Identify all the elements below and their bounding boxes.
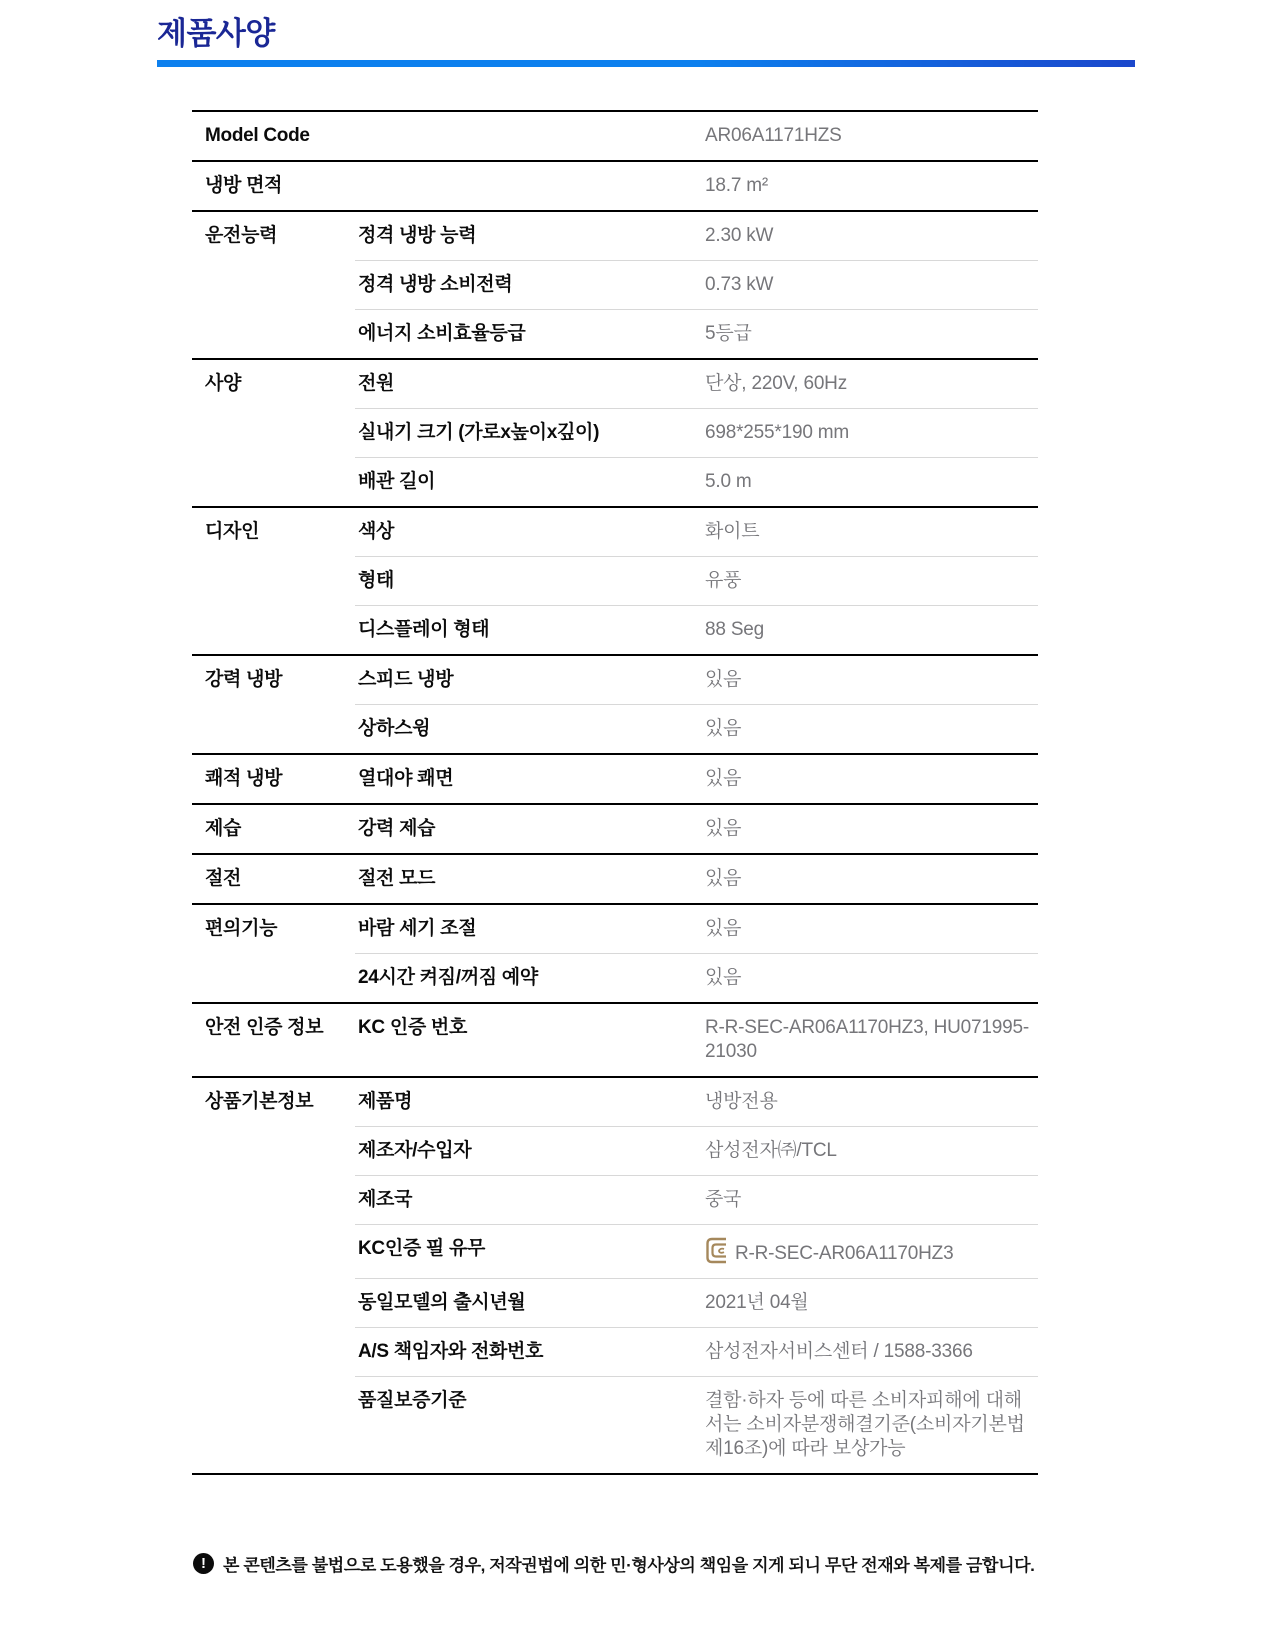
row-body: 절전 모드있음 (355, 855, 1038, 903)
item-value: 단상, 220V, 60Hz (705, 360, 1038, 408)
row-body: 동일모델의 출시년월2021년 04월 (355, 1278, 1038, 1327)
item-value: 698*255*190 mm (705, 409, 1038, 457)
item-label: 스피드 냉방 (355, 656, 705, 704)
group-label (192, 953, 355, 1002)
exclamation-circle-icon: ! (193, 1553, 214, 1574)
table-row: 절전절전 모드있음 (192, 855, 1038, 903)
table-row: 냉방 면적18.7 m² (192, 162, 1038, 210)
item-label: 바람 세기 조절 (355, 905, 705, 953)
item-label (355, 112, 705, 160)
row-body: 정격 냉방 소비전력0.73 kW (355, 260, 1038, 309)
item-value: 있음 (705, 954, 1038, 1002)
spec-section: 제습강력 제습있음 (192, 803, 1038, 853)
group-label (192, 1327, 355, 1376)
item-label: 절전 모드 (355, 855, 705, 903)
spec-section: Model CodeAR06A1171HZS (192, 110, 1038, 160)
item-label: 제조자/수입자 (355, 1127, 705, 1175)
page-title: 제품사양 (157, 8, 1135, 53)
kc-mark-icon (705, 1237, 728, 1264)
row-body: 강력 제습있음 (355, 805, 1038, 853)
item-label (355, 162, 705, 210)
item-label: A/S 책임자와 전화번호 (355, 1328, 705, 1376)
group-label (192, 1224, 355, 1278)
group-label (192, 408, 355, 457)
row-body: 18.7 m² (355, 162, 1038, 210)
row-body: KC인증 필 유무R-R-SEC-AR06A1170HZ3 (355, 1224, 1038, 1278)
table-row: 편의기능바람 세기 조절있음 (192, 905, 1038, 953)
table-row: 운전능력정격 냉방 능력2.30 kW (192, 212, 1038, 260)
row-body: 정격 냉방 능력2.30 kW (355, 212, 1038, 260)
item-label: 열대야 쾌면 (355, 755, 705, 803)
item-value: 있음 (705, 656, 1038, 704)
group-label (192, 1126, 355, 1175)
product-spec-page: 제품사양 Model CodeAR06A1171HZS냉방 면적18.7 m²운… (0, 0, 1270, 1643)
spec-section: 쾌적 냉방열대야 쾌면있음 (192, 753, 1038, 803)
spec-section: 운전능력정격 냉방 능력2.30 kW정격 냉방 소비전력0.73 kW에너지 … (192, 210, 1038, 358)
item-value: R-R-SEC-AR06A1170HZ3, HU071995-21030 (705, 1004, 1038, 1076)
row-body: 스피드 냉방있음 (355, 656, 1038, 704)
row-body: KC 인증 번호R-R-SEC-AR06A1170HZ3, HU071995-2… (355, 1004, 1038, 1076)
table-row: 형태유풍 (192, 556, 1038, 605)
table-row: 제조자/수입자삼성전자㈜/TCL (192, 1126, 1038, 1175)
row-body: 색상화이트 (355, 508, 1038, 556)
item-label: 제품명 (355, 1078, 705, 1126)
spec-section: 냉방 면적18.7 m² (192, 160, 1038, 210)
item-value: 있음 (705, 705, 1038, 753)
table-row: 디자인색상화이트 (192, 508, 1038, 556)
copyright-footer: ! 본 콘텐츠를 불법으로 도용했을 경우, 저작권법에 의한 민·형사상의 책… (193, 1551, 1093, 1576)
copyright-notice: 본 콘텐츠를 불법으로 도용했을 경우, 저작권법에 의한 민·형사상의 책임을… (223, 1551, 1034, 1576)
item-label: 동일모델의 출시년월 (355, 1279, 705, 1327)
row-body: 열대야 쾌면있음 (355, 755, 1038, 803)
table-row: 상품기본정보제품명냉방전용 (192, 1078, 1038, 1126)
group-label (192, 704, 355, 753)
group-label: 안전 인증 정보 (192, 1004, 355, 1076)
item-value: 결함·하자 등에 따른 소비자피해에 대해서는 소비자분쟁해결기준(소비자기본법… (705, 1377, 1038, 1473)
spec-section: 상품기본정보제품명냉방전용제조자/수입자삼성전자㈜/TCL제조국중국KC인증 필… (192, 1076, 1038, 1475)
group-label (192, 457, 355, 506)
item-value: 있음 (705, 755, 1038, 803)
title-underline (157, 60, 1135, 67)
table-row: 강력 냉방스피드 냉방있음 (192, 656, 1038, 704)
group-label: 편의기능 (192, 905, 355, 953)
row-body: 상하스윙있음 (355, 704, 1038, 753)
spec-section: 안전 인증 정보KC 인증 번호R-R-SEC-AR06A1170HZ3, HU… (192, 1002, 1038, 1076)
item-label: 정격 냉방 소비전력 (355, 261, 705, 309)
item-value: 있음 (705, 855, 1038, 903)
group-label (192, 1278, 355, 1327)
group-label (192, 309, 355, 358)
table-row: 에너지 소비효율등급5등급 (192, 309, 1038, 358)
group-label: 절전 (192, 855, 355, 903)
item-value: 유풍 (705, 557, 1038, 605)
table-row: KC인증 필 유무R-R-SEC-AR06A1170HZ3 (192, 1224, 1038, 1278)
row-body: 에너지 소비효율등급5등급 (355, 309, 1038, 358)
item-value: 삼성전자㈜/TCL (705, 1127, 1038, 1175)
table-row: A/S 책임자와 전화번호삼성전자서비스센터 / 1588-3366 (192, 1327, 1038, 1376)
item-label: 전원 (355, 360, 705, 408)
row-body: 실내기 크기 (가로x높이x깊이)698*255*190 mm (355, 408, 1038, 457)
item-value: 있음 (705, 805, 1038, 853)
row-body: 품질보증기준결함·하자 등에 따른 소비자피해에 대해서는 소비자분쟁해결기준(… (355, 1376, 1038, 1473)
table-row: Model CodeAR06A1171HZS (192, 112, 1038, 160)
item-value: 있음 (705, 905, 1038, 953)
row-body: 배관 길이5.0 m (355, 457, 1038, 506)
item-value: 0.73 kW (705, 261, 1038, 309)
row-body: 제조국중국 (355, 1175, 1038, 1224)
item-value: 5등급 (705, 310, 1038, 358)
item-label: 정격 냉방 능력 (355, 212, 705, 260)
item-value: 화이트 (705, 508, 1038, 556)
group-label (192, 605, 355, 654)
row-body: 제품명냉방전용 (355, 1078, 1038, 1126)
group-label (192, 1175, 355, 1224)
group-label: 운전능력 (192, 212, 355, 260)
item-value: 88 Seg (705, 606, 1038, 654)
item-label: 배관 길이 (355, 458, 705, 506)
table-row: 제습강력 제습있음 (192, 805, 1038, 853)
spec-section: 사양전원단상, 220V, 60Hz실내기 크기 (가로x높이x깊이)698*2… (192, 358, 1038, 506)
row-body: 디스플레이 형태88 Seg (355, 605, 1038, 654)
spec-section: 편의기능바람 세기 조절있음24시간 켜짐/꺼짐 예약있음 (192, 903, 1038, 1002)
table-row: 품질보증기준결함·하자 등에 따른 소비자피해에 대해서는 소비자분쟁해결기준(… (192, 1376, 1038, 1473)
item-value: 2.30 kW (705, 212, 1038, 260)
group-label (192, 260, 355, 309)
item-value: R-R-SEC-AR06A1170HZ3 (705, 1225, 1038, 1278)
table-row: 디스플레이 형태88 Seg (192, 605, 1038, 654)
group-label: 상품기본정보 (192, 1078, 355, 1126)
table-row: 배관 길이5.0 m (192, 457, 1038, 506)
group-label (192, 556, 355, 605)
group-label: 제습 (192, 805, 355, 853)
item-label: 에너지 소비효율등급 (355, 310, 705, 358)
spec-section: 절전절전 모드있음 (192, 853, 1038, 903)
item-label: 색상 (355, 508, 705, 556)
item-label: 디스플레이 형태 (355, 606, 705, 654)
item-value: 5.0 m (705, 458, 1038, 506)
table-row: 24시간 켜짐/꺼짐 예약있음 (192, 953, 1038, 1002)
row-body: A/S 책임자와 전화번호삼성전자서비스센터 / 1588-3366 (355, 1327, 1038, 1376)
item-value: 냉방전용 (705, 1078, 1038, 1126)
group-label: Model Code (192, 112, 355, 160)
item-label: KC 인증 번호 (355, 1004, 705, 1076)
item-value: 18.7 m² (705, 162, 1038, 210)
item-value: 2021년 04월 (705, 1279, 1038, 1327)
table-row: 안전 인증 정보KC 인증 번호R-R-SEC-AR06A1170HZ3, HU… (192, 1004, 1038, 1076)
group-label: 디자인 (192, 508, 355, 556)
group-label: 사양 (192, 360, 355, 408)
row-body: 형태유풍 (355, 556, 1038, 605)
row-body: AR06A1171HZS (355, 112, 1038, 160)
spec-header: 제품사양 (157, 8, 1135, 67)
row-body: 바람 세기 조절있음 (355, 905, 1038, 953)
item-label: 제조국 (355, 1176, 705, 1224)
group-label (192, 1376, 355, 1473)
item-label: 24시간 켜짐/꺼짐 예약 (355, 954, 705, 1002)
item-label: 실내기 크기 (가로x높이x깊이) (355, 409, 705, 457)
group-label: 냉방 면적 (192, 162, 355, 210)
spec-section: 강력 냉방스피드 냉방있음상하스윙있음 (192, 654, 1038, 753)
group-label: 쾌적 냉방 (192, 755, 355, 803)
item-label: 형태 (355, 557, 705, 605)
item-label: KC인증 필 유무 (355, 1225, 705, 1278)
spec-table: Model CodeAR06A1171HZS냉방 면적18.7 m²운전능력정격… (192, 110, 1038, 1475)
table-row: 사양전원단상, 220V, 60Hz (192, 360, 1038, 408)
table-row: 쾌적 냉방열대야 쾌면있음 (192, 755, 1038, 803)
item-value: 중국 (705, 1176, 1038, 1224)
item-value: AR06A1171HZS (705, 112, 1038, 160)
item-value: 삼성전자서비스센터 / 1588-3366 (705, 1328, 1038, 1376)
item-label: 품질보증기준 (355, 1377, 705, 1473)
table-row: 동일모델의 출시년월2021년 04월 (192, 1278, 1038, 1327)
item-label: 상하스윙 (355, 705, 705, 753)
row-body: 24시간 켜짐/꺼짐 예약있음 (355, 953, 1038, 1002)
table-row: 제조국중국 (192, 1175, 1038, 1224)
item-label: 강력 제습 (355, 805, 705, 853)
table-row: 상하스윙있음 (192, 704, 1038, 753)
table-row: 정격 냉방 소비전력0.73 kW (192, 260, 1038, 309)
row-body: 제조자/수입자삼성전자㈜/TCL (355, 1126, 1038, 1175)
spec-section: 디자인색상화이트형태유풍디스플레이 형태88 Seg (192, 506, 1038, 654)
table-row: 실내기 크기 (가로x높이x깊이)698*255*190 mm (192, 408, 1038, 457)
row-body: 전원단상, 220V, 60Hz (355, 360, 1038, 408)
group-label: 강력 냉방 (192, 656, 355, 704)
